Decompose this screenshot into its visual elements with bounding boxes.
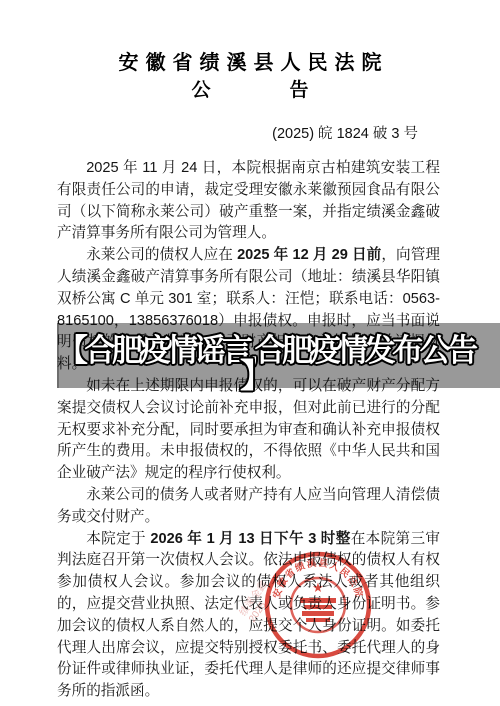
court-seal: 安徽省绩溪县人民法院 ★ [262, 549, 374, 661]
seal-star-icon: ★ [312, 580, 324, 595]
court-name: 安徽省绩溪县人民法院 [0, 46, 500, 75]
seal-emblem-gate [300, 598, 336, 622]
caption-text-line2: 】 [240, 350, 273, 397]
doc-type-title: 公 告 [0, 75, 500, 102]
body-paragraph: 2025 年 11 月 24 日，本院根据南京古柏建筑安装工程有限责任公司的申请… [57, 158, 440, 245]
document-page: 安徽省绩溪县人民法院 公 告 (2025) 皖 1824 破 3 号 2025 … [0, 0, 500, 706]
body-paragraph: 永莱公司的债务人或者财产持有人应当向管理人清偿债务或交付财产。 [57, 485, 440, 529]
document-body: 2025 年 11 月 24 日，本院根据南京古柏建筑安装工程有限责任公司的申请… [57, 158, 440, 703]
case-number: (2025) 皖 1824 破 3 号 [272, 122, 418, 143]
